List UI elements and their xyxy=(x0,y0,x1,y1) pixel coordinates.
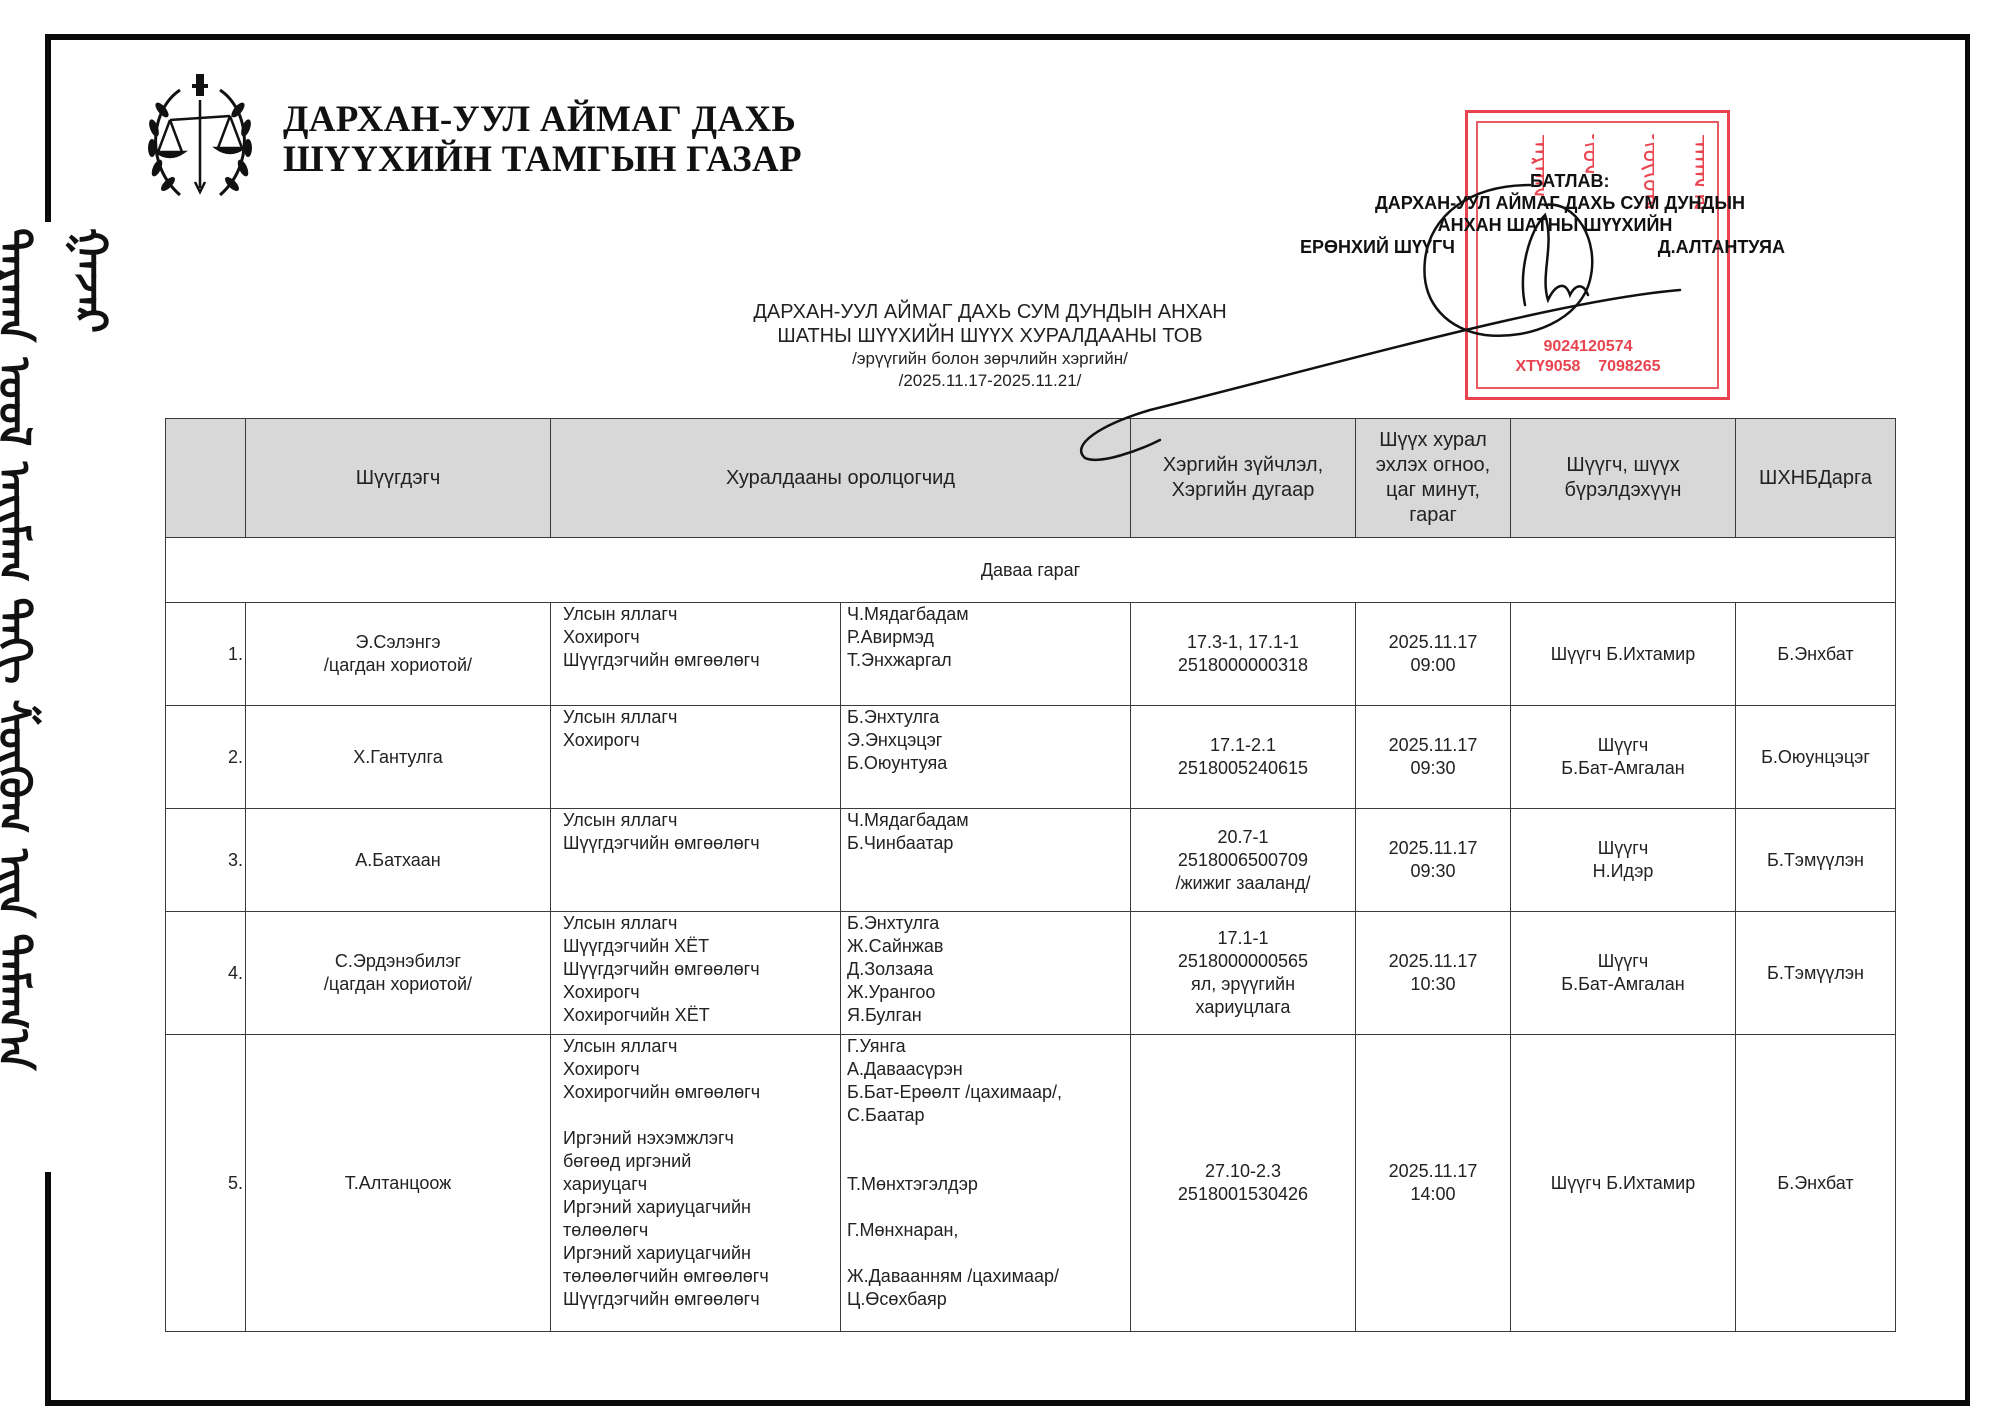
defendant-cell: С.Эрдэнэбилэг /цагдан хориотой/ xyxy=(246,912,551,1035)
approval-line1: ДАРХАН-УУЛ АЙМАГ ДАХЬ СУМ ДУНДЫН xyxy=(1300,192,1800,214)
participant-names-cell: Ч.Мядагбадам Б.Чинбаатар xyxy=(841,809,1131,912)
title-line1: ДАРХАН-УУЛ АЙМАГ ДАХЬ СУМ ДУНДЫН АНХАН xyxy=(700,300,1280,324)
header-judge: Шүүгч, шүүх бүрэлдэхүүн xyxy=(1511,419,1736,538)
vertical-mongolian-script: ᠳᠠᠷᠬᠠᠨ ᠤᠤᠯ ᠠᠶᠢᠮᠠᠭ ᠲᠠᠬᠢ ᠱᠦᠭᠦᠬ ᠡᠢᠨ ᠲᠠᠮᠠᠭ᠎ᠠ… xyxy=(22,228,82,1168)
approval-signatory: ЕРӨНХИЙ ШҮҮГЧ Д.АЛТАНТУЯА xyxy=(1300,236,1800,258)
header-num xyxy=(166,419,246,538)
approval-line2: АНХАН ШАТНЫ ШҮҮХИЙН xyxy=(1300,214,1800,236)
day-label: Даваа гараг xyxy=(166,538,1896,603)
datetime-cell: 2025.11.17 09:00 xyxy=(1356,603,1511,706)
datetime-cell: 2025.11.17 09:30 xyxy=(1356,706,1511,809)
participant-roles-cell: Улсын яллагч Хохирогч Шүүгдэгчийн өмгөөл… xyxy=(551,603,841,706)
row-number: 5. xyxy=(166,1035,246,1332)
approval-label: БАТЛАВ: xyxy=(1300,170,1800,192)
seal-number1: 9024120574 xyxy=(1498,337,1678,357)
hearing-schedule-table: Шүүгдэгч Хуралдааны оролцогчид Хэргийн з… xyxy=(165,418,1896,1332)
case-cell: 17.3-1, 17.1-1 2518000000318 xyxy=(1131,603,1356,706)
participant-names-cell: Б.Энхтулга Э.Энхцэцэг Б.Оюунтуяа xyxy=(841,706,1131,809)
datetime-cell: 2025.11.17 09:30 xyxy=(1356,809,1511,912)
table-row: 5.Т.АлтанцоожУлсын яллагч Хохирогч Хохир… xyxy=(166,1035,1896,1332)
title-date-range: /2025.11.17-2025.11.21/ xyxy=(700,370,1280,392)
header-datetime: Шүүх хурал эхлэх огноо, цаг минут, гараг xyxy=(1356,419,1511,538)
secretary-cell: Б.Тэмүүлэн xyxy=(1736,809,1896,912)
defendant-cell: Х.Гантулга xyxy=(246,706,551,809)
header-secretary: ШХНБДарга xyxy=(1736,419,1896,538)
table-row: 4.С.Эрдэнэбилэг /цагдан хориотой/Улсын я… xyxy=(166,912,1896,1035)
secretary-cell: Б.Энхбат xyxy=(1736,1035,1896,1332)
organization-name-line1: ДАРХАН-УУЛ АЙМАГ ДАХЬ xyxy=(283,100,802,140)
table-header-row: Шүүгдэгч Хуралдааны оролцогчид Хэргийн з… xyxy=(166,419,1896,538)
header-defendant: Шүүгдэгч xyxy=(246,419,551,538)
row-number: 2. xyxy=(166,706,246,809)
defendant-cell: Э.Сэлэнгэ /цагдан хориотой/ xyxy=(246,603,551,706)
court-emblem-icon xyxy=(140,70,260,208)
judge-cell: Шүүгч Б.Ихтамир xyxy=(1511,603,1736,706)
header-participants: Хуралдааны оролцогчид xyxy=(551,419,1131,538)
judge-cell: Шүүгч Б.Бат-Амгалан xyxy=(1511,706,1736,809)
row-number: 4. xyxy=(166,912,246,1035)
participant-roles-cell: Улсын яллагч Хохирогч Хохирогчийн өмгөөл… xyxy=(551,1035,841,1332)
judge-cell: Шүүгч Н.Идэр xyxy=(1511,809,1736,912)
row-number: 1. xyxy=(166,603,246,706)
participant-roles-cell: Улсын яллагч Шүүгдэгчийн өмгөөлөгч xyxy=(551,809,841,912)
secretary-cell: Б.Оюунцэцэг xyxy=(1736,706,1896,809)
case-cell: 17.1-1 2518000000565 ял, эрүүгийн хариуц… xyxy=(1131,912,1356,1035)
secretary-cell: Б.Тэмүүлэн xyxy=(1736,912,1896,1035)
participant-roles-cell: Улсын яллагч Хохирогч xyxy=(551,706,841,809)
case-cell: 20.7-1 2518006500709 /жижиг зааланд/ xyxy=(1131,809,1356,912)
defendant-cell: Т.Алтанцоож xyxy=(246,1035,551,1332)
datetime-cell: 2025.11.17 10:30 xyxy=(1356,912,1511,1035)
approval-position: ЕРӨНХИЙ ШҮҮГЧ xyxy=(1300,236,1455,258)
judge-cell: Шүүгч Б.Бат-Амгалан xyxy=(1511,912,1736,1035)
seal-numbers: 9024120574 ХТҮ9058 7098265 xyxy=(1498,337,1678,377)
document-title: ДАРХАН-УУЛ АЙМАГ ДАХЬ СУМ ДУНДЫН АНХАН Ш… xyxy=(700,300,1280,392)
header-case: Хэргийн зүйчлэл, Хэргийн дугаар xyxy=(1131,419,1356,538)
approval-name: Д.АЛТАНТУЯА xyxy=(1658,236,1785,258)
case-cell: 27.10-2.3 2518001530426 xyxy=(1131,1035,1356,1332)
defendant-cell: А.Батхаан xyxy=(246,809,551,912)
title-line3: /эрүүгийн болон зөрчлийн хэргийн/ xyxy=(700,348,1280,370)
judge-cell: Шүүгч Б.Ихтамир xyxy=(1511,1035,1736,1332)
table-row: 2.Х.ГантулгаУлсын яллагч ХохирогчБ.Энхту… xyxy=(166,706,1896,809)
seal-number2: ХТҮ9058 7098265 xyxy=(1498,357,1678,377)
day-row: Даваа гараг xyxy=(166,538,1896,603)
table-row: 1.Э.Сэлэнгэ /цагдан хориотой/Улсын яллаг… xyxy=(166,603,1896,706)
case-cell: 17.1-2.1 2518005240615 xyxy=(1131,706,1356,809)
approval-block: БАТЛАВ: ДАРХАН-УУЛ АЙМАГ ДАХЬ СУМ ДУНДЫН… xyxy=(1300,170,1800,258)
participant-names-cell: Ч.Мядагбадам Р.Авирмэд Т.Энхжаргал xyxy=(841,603,1131,706)
organization-name-line2: ШҮҮХИЙН ТАМГЫН ГАЗАР xyxy=(283,140,802,180)
organization-name: ДАРХАН-УУЛ АЙМАГ ДАХЬ ШҮҮХИЙН ТАМГЫН ГАЗ… xyxy=(283,100,802,180)
datetime-cell: 2025.11.17 14:00 xyxy=(1356,1035,1511,1332)
secretary-cell: Б.Энхбат xyxy=(1736,603,1896,706)
table-row: 3.А.БатхаанУлсын яллагч Шүүгдэгчийн өмгө… xyxy=(166,809,1896,912)
title-line2: ШАТНЫ ШҮҮХИЙН ШҮҮХ ХУРАЛДААНЫ ТОВ xyxy=(700,324,1280,348)
row-number: 3. xyxy=(166,809,246,912)
participant-names-cell: Г.Уянга А.Даваасүрэн Б.Бат-Ерөөлт /цахим… xyxy=(841,1035,1131,1332)
participant-roles-cell: Улсын яллагч Шүүгдэгчийн ХЁТ Шүүгдэгчийн… xyxy=(551,912,841,1035)
participant-names-cell: Б.Энхтулга Ж.Сайнжав Д.Золзаяа Ж.Урангоо… xyxy=(841,912,1131,1035)
